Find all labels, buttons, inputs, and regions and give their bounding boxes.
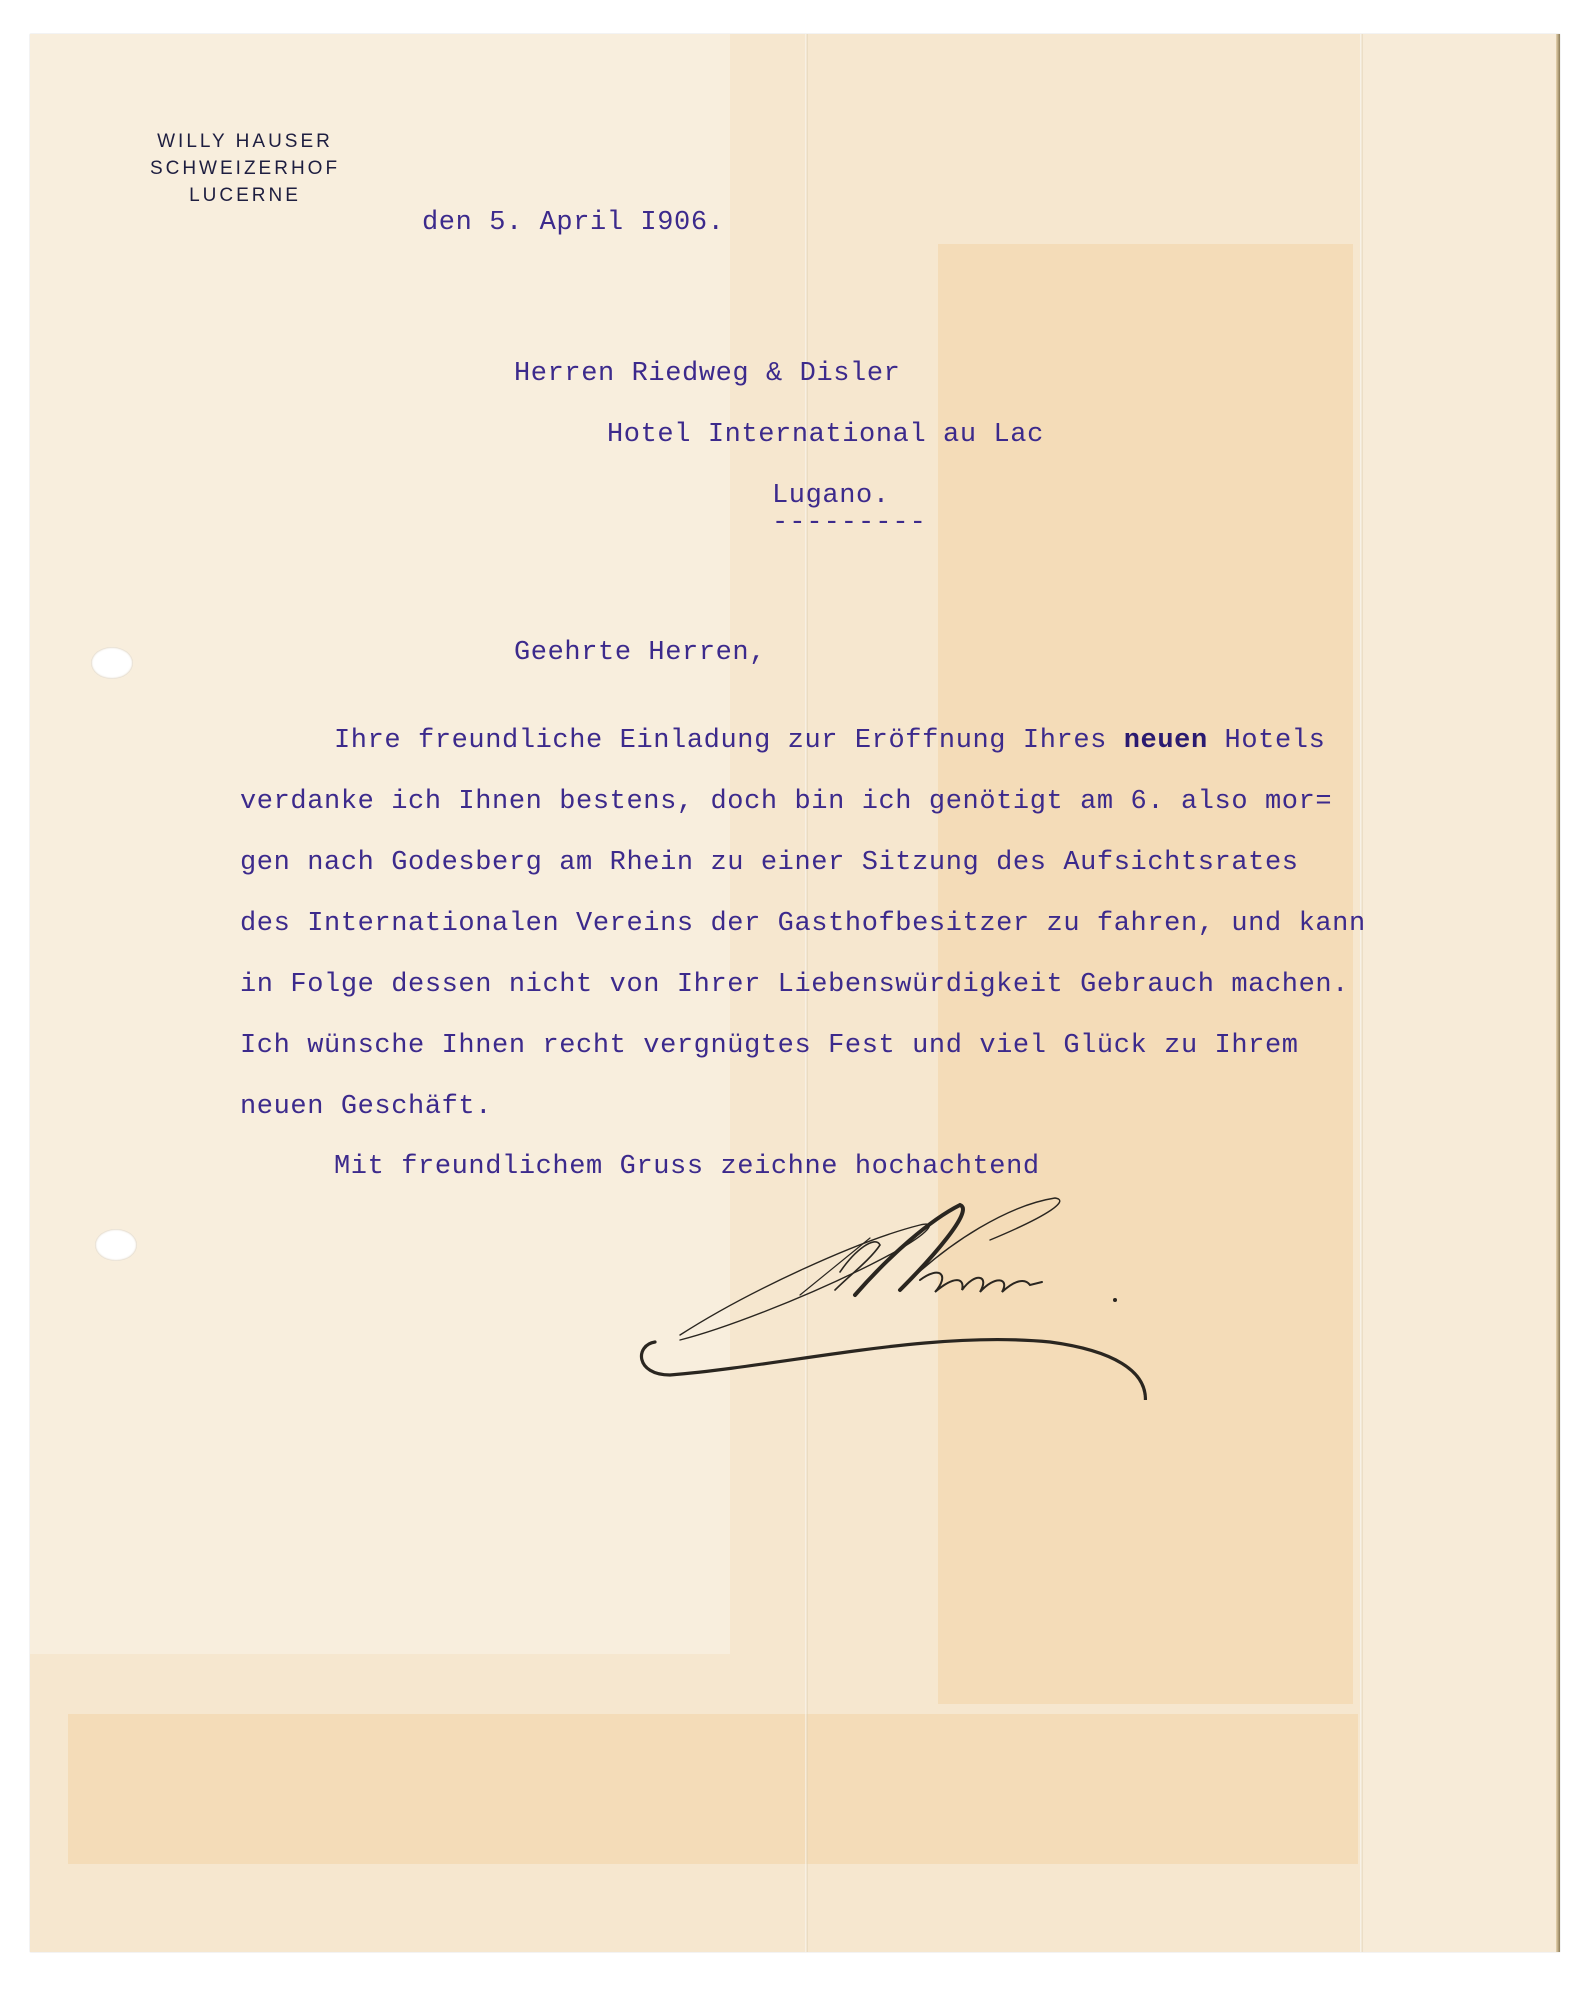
body-line-3: gen nach Godesberg am Rhein zu einer Sit…	[240, 848, 1299, 878]
recipient-line-1: Herren Riedweg & Disler	[514, 359, 900, 389]
bold-word: neuen	[1124, 726, 1208, 756]
letterhead-name: WILLY HAUSER	[120, 128, 370, 155]
recipient-line-2: Hotel International au Lac	[607, 420, 1044, 450]
body-line-5: in Folge dessen nicht von Ihrer Liebensw…	[240, 970, 1349, 1000]
salutation: Geehrte Herren,	[514, 638, 766, 668]
letterhead: WILLY HAUSER SCHWEIZERHOF LUCERNE	[120, 128, 370, 209]
punch-hole-bottom	[95, 1229, 137, 1261]
paper-stain-bottom	[68, 1714, 1358, 1864]
letterhead-hotel: SCHWEIZERHOF	[120, 155, 370, 182]
body-line-4: des Internationalen Vereins der Gasthofb…	[240, 909, 1366, 939]
fold-line	[1360, 34, 1363, 1952]
closing: Mit freundlichem Gruss zeichne hochachte…	[334, 1152, 1040, 1182]
letter-date: den 5. April I906.	[422, 208, 724, 238]
body-line-6: Ich wünsche Ihnen recht vergnügtes Fest …	[240, 1031, 1299, 1061]
punch-hole-top	[91, 647, 133, 679]
handwritten-signature	[630, 1180, 1230, 1400]
letterhead-city: LUCERNE	[120, 182, 370, 209]
body-line-7: neuen Geschäft.	[240, 1092, 492, 1122]
right-fold-panel	[1360, 34, 1560, 1952]
recipient-underline: ---------	[772, 508, 927, 538]
recipient-line-3: Lugano.	[772, 481, 890, 511]
fold-panel-light	[30, 34, 730, 1654]
body-line-1: Ihre freundliche Einladung zur Eröffnung…	[334, 726, 1325, 756]
body-line-2: verdanke ich Ihnen bestens, doch bin ich…	[240, 787, 1332, 817]
